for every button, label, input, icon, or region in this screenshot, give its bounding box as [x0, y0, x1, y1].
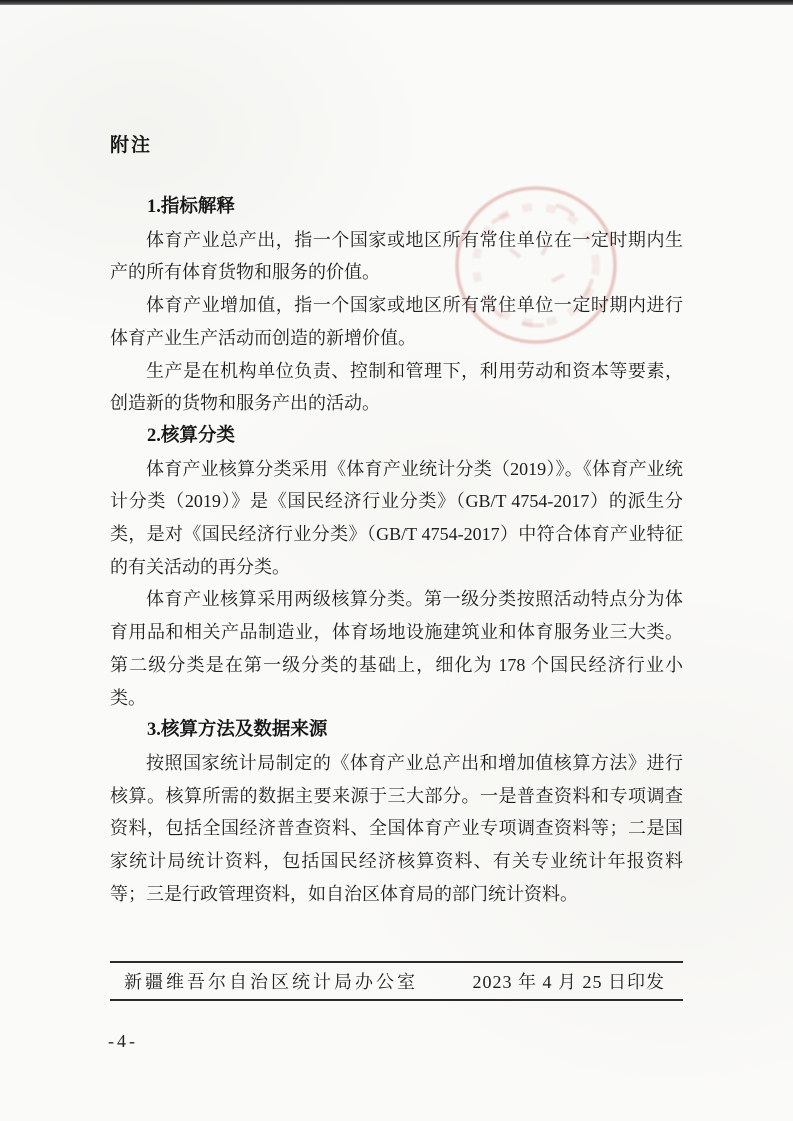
section-heading: 3.核算方法及数据来源: [110, 714, 683, 747]
scanned-document-page: { "document": { "title": "附注", "sections…: [0, 0, 793, 1121]
paragraph: 体育产业总产出，指一个国家或地区所有常住单位在一定时期内生产的所有体育货物和服务…: [110, 224, 683, 289]
paragraph: 体育产业核算采用两级核算分类。第一级分类按照活动特点分为体育用品和相关产品制造业…: [110, 583, 683, 714]
document-body: 附注 1.指标解释 体育产业总产出，指一个国家或地区所有常住单位在一定时期内生产…: [110, 133, 683, 910]
footer-bottom-rule: [110, 999, 683, 1001]
paragraph: 按照国家统计局制定的《体育产业总产出和增加值核算方法》进行核算。核算所需的数据主…: [110, 747, 683, 911]
section-accounting-classification: 2.核算分类 体育产业核算分类采用《体育产业统计分类（2019）》。《体育产业统…: [110, 420, 683, 714]
section-heading: 2.核算分类: [110, 420, 683, 453]
paragraph: 体育产业核算分类采用《体育产业统计分类（2019）》。《体育产业统计分类（201…: [110, 453, 683, 584]
section-heading: 1.指标解释: [110, 191, 683, 224]
section-methods-and-data-sources: 3.核算方法及数据来源 按照国家统计局制定的《体育产业总产出和增加值核算方法》进…: [110, 714, 683, 910]
page-title: 附注: [110, 133, 683, 159]
scanner-edge-strip: [0, 0, 793, 5]
page-number: -4-: [108, 1031, 138, 1052]
footer-issuer: 新疆维吾尔自治区统计局办公室: [124, 968, 418, 994]
paragraph: 生产是在机构单位负责、控制和管理下，利用劳动和资本等要素，创造新的货物和服务产出…: [110, 355, 683, 420]
section-indicator-explanation: 1.指标解释 体育产业总产出，指一个国家或地区所有常住单位在一定时期内生产的所有…: [110, 191, 683, 420]
footer-print-date: 2023 年 4 月 25 日印发: [473, 968, 666, 994]
footer: 新疆维吾尔自治区统计局办公室 2023 年 4 月 25 日印发: [110, 963, 683, 999]
paragraph: 体育产业增加值，指一个国家或地区所有常住单位一定时期内进行体育产业生产活动而创造…: [110, 289, 683, 354]
